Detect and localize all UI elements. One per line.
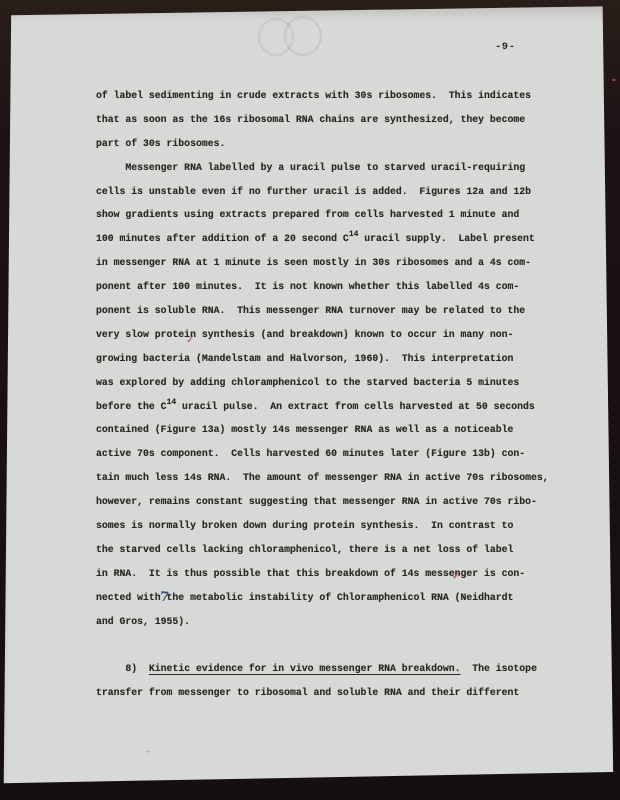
text-line: however, remains constant suggesting tha… (96, 490, 582, 514)
text-line: in messenger RNA at 1 minute is seen mos… (96, 251, 582, 275)
text-line: part of 30s ribosomes. (96, 132, 582, 156)
document-text-block: of label sedimenting in crude extracts w… (96, 84, 582, 705)
text-line: before the C14 uracil pulse. An extract … (96, 395, 582, 419)
text-line: contained (Figure 13a) mostly 14s messen… (96, 418, 582, 442)
text-line: somes is normally broken down during pro… (96, 514, 582, 538)
text-line: nected with the metabolic instability of… (96, 586, 582, 610)
text-line: very slow protein synthesis (and breakdo… (96, 323, 582, 347)
text-line: cells is unstable even if no further ura… (96, 180, 582, 204)
text-line: growing bacteria (Mandelstam and Halvors… (96, 347, 582, 371)
text-line: tain much less 14s RNA. The amount of me… (96, 466, 582, 490)
page-number: -9- (495, 41, 515, 53)
text-line: the starved cells lacking chloramphenico… (96, 538, 582, 562)
text-line: and Gros, 1955). (96, 610, 582, 634)
paper-watermark-circle-right (284, 16, 322, 56)
text-line: show gradients using extracts prepared f… (96, 203, 582, 227)
text-line: 100 minutes after addition of a 20 secon… (96, 227, 582, 251)
text-line: of label sedimenting in crude extracts w… (96, 84, 582, 108)
text-line: ponent is soluble RNA. This messenger RN… (96, 299, 582, 323)
red-speck-right-edge (612, 79, 616, 81)
text-line: active 70s component. Cells harvested 60… (96, 442, 582, 466)
text-line: ponent after 100 minutes. It is not know… (96, 275, 582, 299)
scanned-document-page: -9- of label sedimenting in crude extrac… (0, 0, 620, 800)
text-line: transfer from messenger to ribosomal and… (96, 681, 582, 705)
text-line: in RNA. It is thus possible that this br… (96, 562, 582, 586)
text-line: was explored by adding chloramphenicol t… (96, 371, 582, 395)
text-line (96, 633, 582, 657)
text-line: Messenger RNA labelled by a uracil pulse… (96, 156, 582, 180)
text-line: that as soon as the 16s ribosomal RNA ch… (96, 108, 582, 132)
text-line: 8) Kinetic evidence for in vivo messenge… (96, 657, 582, 681)
